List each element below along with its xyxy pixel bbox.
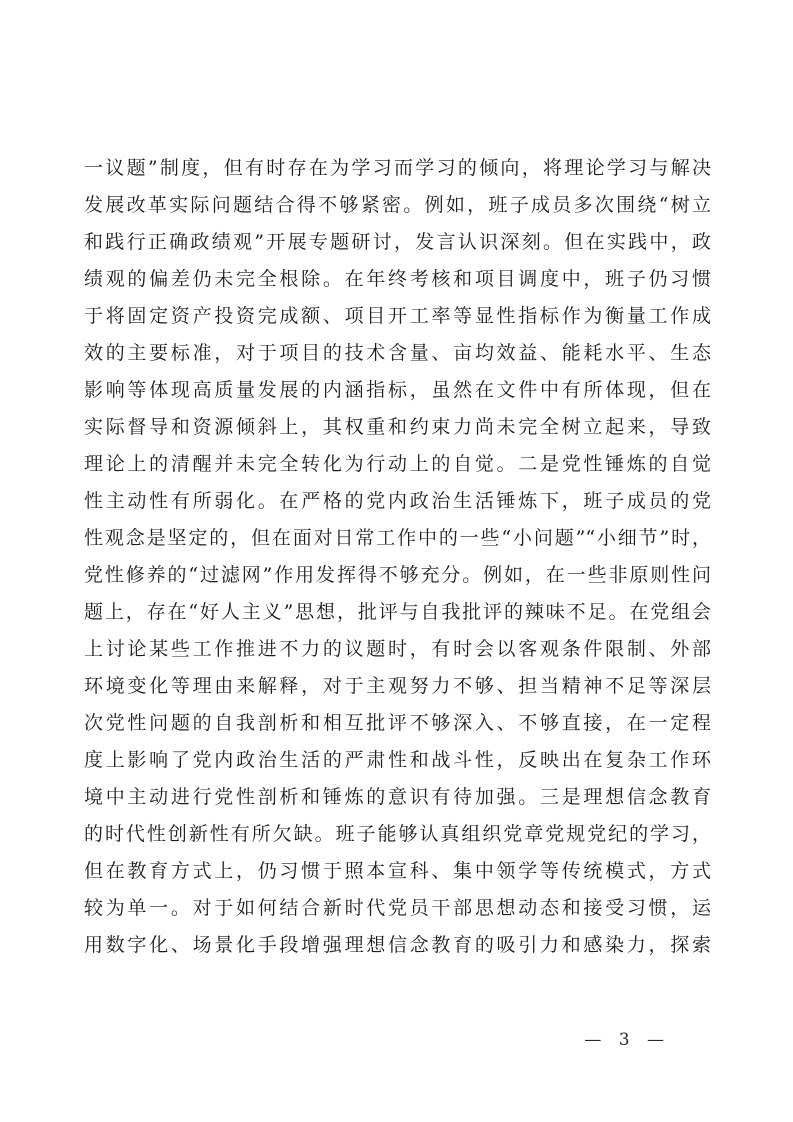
- text-line: 题上，存在“好人主义”思想，批评与自我批评的辣味不足。在党组会: [84, 594, 711, 631]
- body-text-block: 一议题”制度，但有时存在为学习而学习的倾向，将理论学习与解决发展改革实际问题结合…: [84, 150, 711, 964]
- text-line: 一议题”制度，但有时存在为学习而学习的倾向，将理论学习与解决: [84, 150, 711, 187]
- text-line: 于将固定资产投资完成额、项目开工率等显性指标作为衡量工作成: [84, 298, 711, 335]
- text-line: 上讨论某些工作推进不力的议题时，有时会以客观条件限制、外部: [84, 631, 711, 668]
- text-line: 环境变化等理由来解释，对于主观努力不够、担当精神不足等深层: [84, 668, 711, 705]
- document-page: 一议题”制度，但有时存在为学习而学习的倾向，将理论学习与解决发展改革实际问题结合…: [0, 0, 793, 1122]
- text-line: 和践行正确政绩观”开展专题研讨，发言认识深刻。但在实践中，政: [84, 224, 711, 261]
- text-line: 用数字化、场景化手段增强理想信念教育的吸引力和感染力，探索: [84, 927, 711, 964]
- text-line: 境中主动进行党性剖析和锤炼的意识有待加强。三是理想信念教育: [84, 779, 711, 816]
- text-line: 绩观的偏差仍未完全根除。在年终考核和项目调度中，班子仍习惯: [84, 261, 711, 298]
- text-line: 性观念是坚定的，但在面对日常工作中的一些“小问题”“小细节”时，: [84, 520, 711, 557]
- page-number: — 3 —: [584, 1030, 670, 1050]
- text-line: 影响等体现高质量发展的内涵指标，虽然在文件中有所体现，但在: [84, 372, 711, 409]
- text-line: 的时代性创新性有所欠缺。班子能够认真组织党章党规党纪的学习，: [84, 816, 711, 853]
- text-line: 实际督导和资源倾斜上，其权重和约束力尚未完全树立起来，导致: [84, 409, 711, 446]
- text-line: 发展改革实际问题结合得不够紧密。例如，班子成员多次围绕“树立: [84, 187, 711, 224]
- text-line: 性主动性有所弱化。在严格的党内政治生活锤炼下，班子成员的党: [84, 483, 711, 520]
- text-line: 但在教育方式上，仍习惯于照本宣科、集中领学等传统模式，方式: [84, 853, 711, 890]
- text-line: 效的主要标准，对于项目的技术含量、亩均效益、能耗水平、生态: [84, 335, 711, 372]
- text-line: 党性修养的“过滤网”作用发挥得不够充分。例如，在一些非原则性问: [84, 557, 711, 594]
- text-line: 较为单一。对于如何结合新时代党员干部思想动态和接受习惯，运: [84, 890, 711, 927]
- text-line: 度上影响了党内政治生活的严肃性和战斗性，反映出在复杂工作环: [84, 742, 711, 779]
- text-line: 次党性问题的自我剖析和相互批评不够深入、不够直接，在一定程: [84, 705, 711, 742]
- text-line: 理论上的清醒并未完全转化为行动上的自觉。二是党性锤炼的自觉: [84, 446, 711, 483]
